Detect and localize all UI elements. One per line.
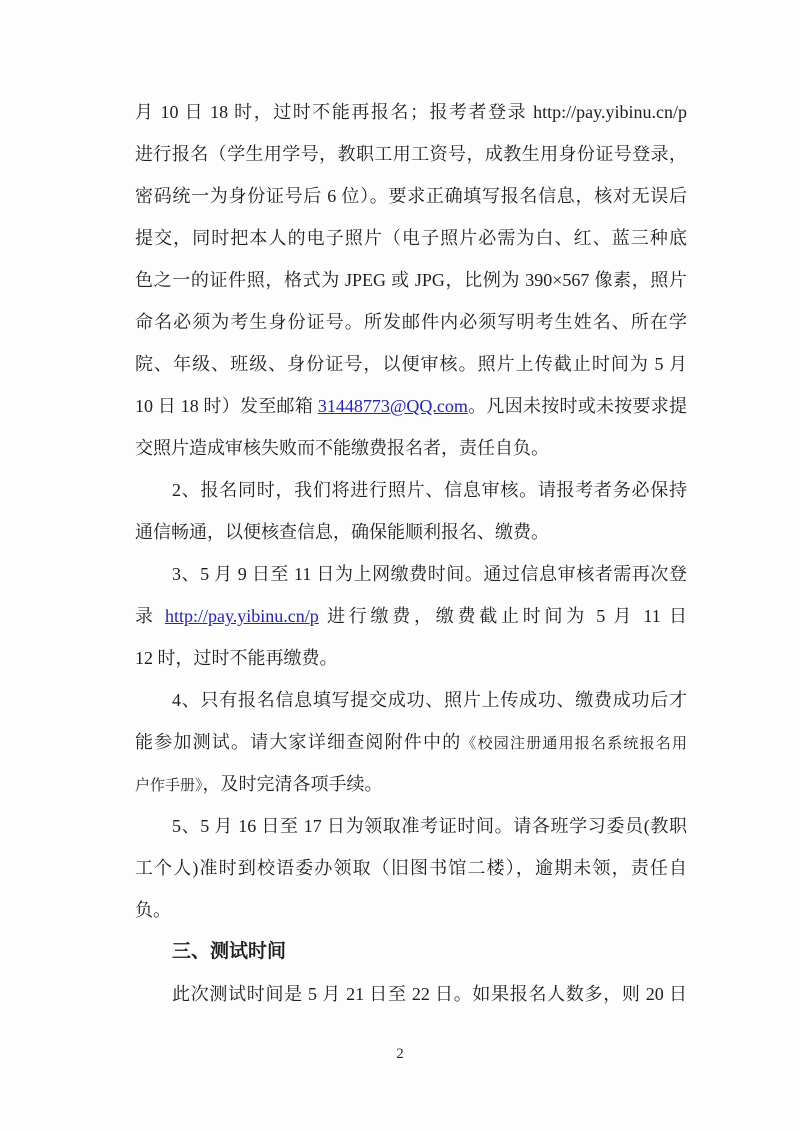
- text-segment: 密码统一为身份证号后 6 位）。要求正确填写报名信息，核对无误后: [135, 186, 687, 206]
- text-segment: 工个人)准时到校语委办领取（旧图书馆二楼），逾期未领，责任自: [135, 858, 687, 878]
- text-line: 户作手册》，及时完清各项手续。: [135, 763, 687, 805]
- text-line: 月 10 日 18 时，过时不能再报名；报考者登录 http://pay.yib…: [135, 91, 687, 133]
- text-line: 工个人)准时到校语委办领取（旧图书馆二楼），逾期未领，责任自: [135, 847, 687, 889]
- text-line: 10 日 18 时）发至邮箱 31448773@QQ.com。凡因未按时或未按要…: [135, 385, 687, 427]
- text-line: 负。: [135, 889, 687, 931]
- text-segment: 三、测试时间: [172, 941, 286, 962]
- text-line: 能参加测试。请大家详细查阅附件中的《校园注册通用报名系统报名用: [135, 721, 687, 763]
- text-segment: 2、报名同时，我们将进行照片、信息审核。请报考者务必保持: [172, 480, 687, 500]
- text-segment: 进行缴费，缴费截止时间为 5 月 11 日: [319, 606, 687, 626]
- text-segment: 10 日 18 时）发至邮箱: [135, 396, 318, 416]
- text-segment: 色之一的证件照，格式为 JPEG 或 JPG，比例为 390×567 像素，照片: [135, 270, 687, 290]
- text-segment: 进行报名（学生用学号，教职工用工资号，成教生用身份证号登录，: [135, 144, 687, 164]
- text-segment: ，及时完清各项手续。: [203, 774, 383, 794]
- text-line: 通信畅通，以便核查信息，确保能顺利报名、缴费。: [135, 511, 687, 553]
- text-segment: 4、只有报名信息填写提交成功、照片上传成功、缴费成功后才: [172, 690, 687, 710]
- text-segment: 户作手册》: [135, 778, 203, 794]
- text-line: 12 时，过时不能再缴费。: [135, 637, 687, 679]
- text-line: 4、只有报名信息填写提交成功、照片上传成功、缴费成功后才: [135, 679, 687, 721]
- text-line: 命名必须为考生身份证号。所发邮件内必须写明考生姓名、所在学: [135, 301, 687, 343]
- text-line: 密码统一为身份证号后 6 位）。要求正确填写报名信息，核对无误后: [135, 175, 687, 217]
- text-line: 此次测试时间是 5 月 21 日至 22 日。如果报名人数多，则 20 日: [135, 973, 687, 1015]
- document-body: 月 10 日 18 时，过时不能再报名；报考者登录 http://pay.yib…: [135, 91, 687, 1015]
- text-segment: 提交，同时把本人的电子照片（电子照片必需为白、红、蓝三种底: [135, 228, 687, 248]
- payment-link[interactable]: http://pay.yibinu.cn/p: [165, 606, 319, 626]
- text-segment: 院、年级、班级、身份证号，以便审核。照片上传截止时间为 5 月: [135, 354, 687, 374]
- text-line: 院、年级、班级、身份证号，以便审核。照片上传截止时间为 5 月: [135, 343, 687, 385]
- page-number: 2: [0, 1043, 800, 1065]
- text-segment: 负。: [135, 900, 171, 920]
- text-segment: 。凡因未按时或未按要求提: [468, 396, 687, 416]
- text-line: 5、5 月 16 日至 17 日为领取准考证时间。请各班学习委员(教职: [135, 805, 687, 847]
- section-heading: 三、测试时间: [135, 931, 687, 973]
- text-segment: 5、5 月 16 日至 17 日为领取准考证时间。请各班学习委员(教职: [172, 816, 687, 836]
- text-segment: 录: [135, 606, 165, 626]
- text-segment: 命名必须为考生身份证号。所发邮件内必须写明考生姓名、所在学: [135, 312, 687, 332]
- text-segment: 此次测试时间是 5 月 21 日至 22 日。如果报名人数多，则 20 日: [172, 984, 687, 1004]
- text-segment: 12 时，过时不能再缴费。: [135, 648, 338, 668]
- text-segment: 月 10 日 18 时，过时不能再报名；报考者登录 http://pay.yib…: [135, 102, 687, 122]
- document-page: 月 10 日 18 时，过时不能再报名；报考者登录 http://pay.yib…: [0, 0, 800, 1131]
- text-line: 2、报名同时，我们将进行照片、信息审核。请报考者务必保持: [135, 469, 687, 511]
- text-segment: 能参加测试。请大家详细查阅附件中的: [135, 732, 461, 752]
- text-line: 进行报名（学生用学号，教职工用工资号，成教生用身份证号登录，: [135, 133, 687, 175]
- text-segment: 《校园注册通用报名系统报名用: [461, 736, 687, 752]
- text-line: 交照片造成审核失败而不能缴费报名者，责任自负。: [135, 427, 687, 469]
- email-link[interactable]: 31448773@QQ.com: [318, 396, 468, 416]
- text-segment: 交照片造成审核失败而不能缴费报名者，责任自负。: [135, 438, 549, 458]
- text-line: 提交，同时把本人的电子照片（电子照片必需为白、红、蓝三种底: [135, 217, 687, 259]
- text-segment: 通信畅通，以便核查信息，确保能顺利报名、缴费。: [135, 522, 549, 542]
- text-line: 色之一的证件照，格式为 JPEG 或 JPG，比例为 390×567 像素，照片: [135, 259, 687, 301]
- text-segment: 3、5 月 9 日至 11 日为上网缴费时间。通过信息审核者需再次登: [172, 564, 687, 584]
- text-line: 3、5 月 9 日至 11 日为上网缴费时间。通过信息审核者需再次登: [135, 553, 687, 595]
- text-line: 录 http://pay.yibinu.cn/p 进行缴费，缴费截止时间为 5 …: [135, 595, 687, 637]
